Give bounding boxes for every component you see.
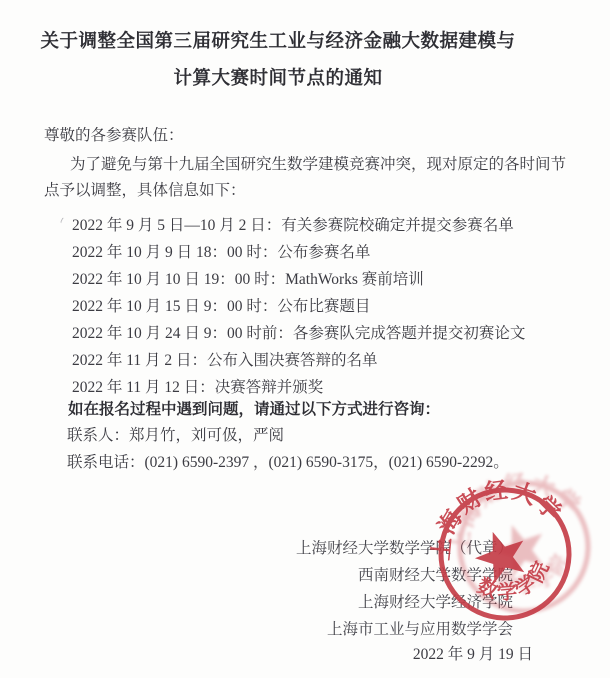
greeting-line: 尊敬的各参赛队伍： — [44, 125, 184, 147]
notice-title-line-1: 关于调整全国第三届研究生工业与经济金融大数据建模与 — [0, 22, 556, 59]
scanned-notice-page: 关于调整全国第三届研究生工业与经济金融大数据建模与 计算大赛时间节点的通知 尊敬… — [0, 0, 610, 678]
schedule-item: 2022 年 10 月 9 日 18：00 时：公布参赛名单 — [72, 239, 525, 266]
scan-artifact — [60, 217, 67, 225]
schedule-item: 2022 年 10 月 15 日 9：00 时：公布比赛题目 — [72, 293, 525, 320]
schedule-item: 2022 年 10 月 24 日 9：00 时前：各参赛队完成答题并提交初赛论文 — [72, 320, 525, 347]
notice-date: 2022 年 9 月 19 日 — [413, 642, 533, 664]
schedule-item: 2022 年 9 月 5 日—10 月 2 日：有关参赛院校确定并提交参赛名单 — [72, 212, 525, 239]
schedule-item: 2022 年 11 月 12 日：决赛答辩并颁奖 — [72, 374, 525, 401]
intro-line-1: 为了避免与第十九届全国研究生数学建模竞赛冲突，现对原定的各时间节 — [70, 154, 566, 176]
official-seal-stamp: 上海财经大学 数学学院 — [415, 464, 595, 644]
intro-line-2: 点予以调整，具体信息如下： — [44, 180, 246, 202]
schedule-item: 2022 年 10 月 10 日 19：00 时：MathWorks 赛前培训 — [72, 266, 525, 293]
notice-title-line-2: 计算大赛时间节点的通知 — [0, 59, 556, 96]
consult-heading: 如在报名过程中遇到问题，请通过以下方式进行咨询： — [68, 399, 440, 421]
notice-title: 关于调整全国第三届研究生工业与经济金融大数据建模与 计算大赛时间节点的通知 — [0, 22, 556, 96]
schedule-list: 2022 年 9 月 5 日—10 月 2 日：有关参赛院校确定并提交参赛名单 … — [72, 212, 525, 401]
contact-persons-line: 联系人：郑月竹，刘可伋，严阅 — [67, 425, 284, 447]
schedule-item: 2022 年 11 月 2 日：公布入围决赛答辩的名单 — [72, 347, 525, 374]
